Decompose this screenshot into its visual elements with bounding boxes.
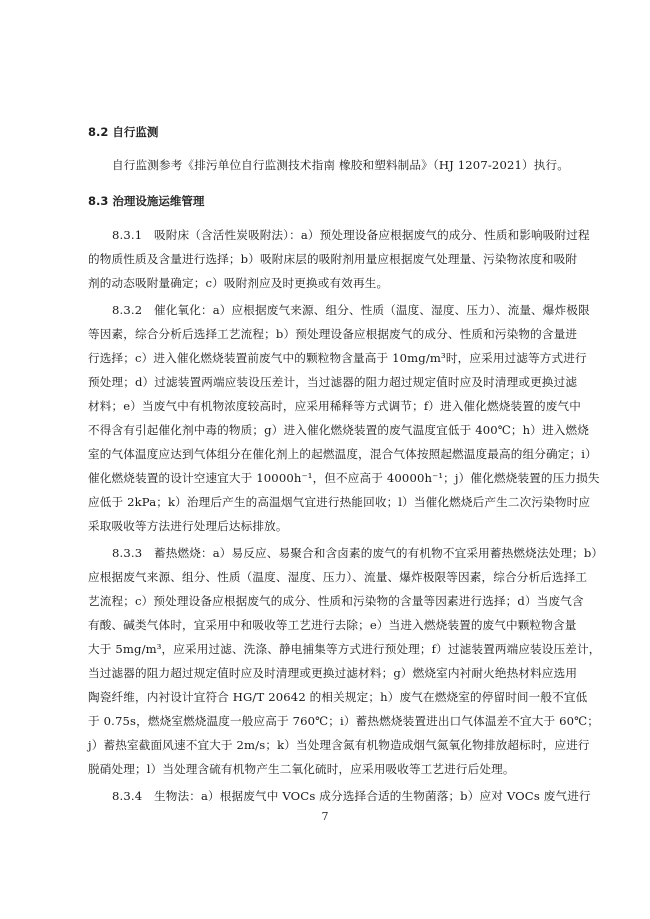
paragraph-8-3-2-line: 行选择；c）进入催化燃烧装置前废气中的颗粒物含量高于 10mg/m³时，应采用过… [88, 351, 570, 365]
paragraph-8-3-4-line: 8.3.4 生物法：a）根据废气中 VOCs 成分选择合适的生物菌落；b）应对 … [112, 789, 570, 803]
paragraph-8-3-3-line: 当过滤器的阻力超过规定值时应及时清理或更换过滤材料；g）燃烧室内衬耐火绝热材料应… [88, 666, 570, 680]
paragraph-8-3-3-line: 艺流程；c）预处理设备应根据废气的成分、性质和污染物的含量等因素进行选择；d）当… [88, 594, 570, 608]
page-number: 7 [0, 810, 650, 823]
paragraph-8-3-1-line: 剂的动态吸附量确定；c）吸附剂应及时更换或有效再生。 [88, 276, 570, 290]
paragraph-8-3-2-line: 室的气体温度应达到气体组分在催化剂上的起燃温度，混合气体按照起燃温度最高的组分确… [88, 447, 570, 461]
paragraph-8-3-3-line: 大于 5mg/m³，应采用过滤、洗涤、静电捕集等方式进行预处理；f）过滤装置两端… [88, 642, 570, 656]
paragraph-8-3-2-line: 等因素，综合分析后选择工艺流程；b）预处理设备应根据废气的成分、性质和污染物的含… [88, 327, 570, 341]
paragraph-8-3-2-line: 8.3.2 催化氧化：a）应根据废气来源、组分、性质（温度、湿度、压力）、流量、… [112, 303, 570, 317]
paragraph-8-3-3-line: 应根据废气来源、组分、性质（温度、湿度、压力）、流量、爆炸极限等因素，综合分析后… [88, 570, 570, 584]
heading-8-2: 8.2 自行监测 [88, 124, 158, 140]
paragraph-8-3-3-line: j）蓄热室截面风速不宜大于 2m/s；k）当处理含氮有机物造成烟气氮氧化物排放超… [88, 738, 570, 752]
paragraph-8-3-2-line: 催化燃烧装置的设计空速宜大于 10000h⁻¹，但不应高于 40000h⁻¹；j… [88, 471, 570, 485]
paragraph-8-3-1-line: 的物质性质及含量进行选择；b）吸附床层的吸附剂用量应根据废气处理量、污染物浓度和… [88, 252, 570, 266]
paragraph-8-3-2-line: 预处理；d）过滤装置两端应装设压差计，当过滤器的阻力超过规定值时应及时清理或更换… [88, 375, 570, 389]
paragraph-8-3-2-line: 应低于 2kPa；k）治理后产生的高温烟气宜进行热能回收；l）当催化燃烧后产生二… [88, 495, 570, 509]
paragraph-8-3-3-line: 脱硝处理；l）当处理含硫有机物产生二氧化硫时，应采用吸收等工艺进行后处理。 [88, 762, 570, 776]
paragraph-8-3-2-line: 采取吸收等方法进行处理后达标排放。 [88, 519, 570, 533]
paragraph-8-3-3-line: 有酸、碱类气体时，宜采用中和吸收等工艺进行去除；e）当进入燃烧装置的废气中颗粒物… [88, 618, 570, 632]
paragraph-8-3-1-line: 8.3.1 吸附床（含活性炭吸附法）：a）预处理设备应根据废气的成分、性质和影响… [112, 228, 570, 242]
paragraph-8-3-3-line: 于 0.75s，燃烧室燃烧温度一般应高于 760℃；i）蓄热燃烧装置进出口气体温… [88, 714, 570, 728]
paragraph-8-3-2-line: 材料；e）当废气中有机物浓度较高时，应采用稀释等方式调节；f）进入催化燃烧装置的… [88, 399, 570, 413]
paragraph-8-3-2-line: 不得含有引起催化剂中毒的物质；g）进入催化燃烧装置的废气温度宜低于 400℃；h… [88, 423, 570, 437]
paragraph-8-3-3-line: 8.3.3 蓄热燃烧：a）易反应、易聚合和含卤素的废气的有机物不宜采用蓄热燃烧法… [112, 546, 570, 560]
heading-8-3: 8.3 治理设施运维管理 [88, 193, 204, 209]
paragraph-8-2-line: 自行监测参考《排污单位自行监测技术指南 橡胶和塑料制品》（HJ 1207-202… [112, 158, 570, 172]
paragraph-8-3-3-line: 陶瓷纤维，内衬设计宜符合 HG/T 20642 的相关规定；h）废气在燃烧室的停… [88, 690, 570, 704]
